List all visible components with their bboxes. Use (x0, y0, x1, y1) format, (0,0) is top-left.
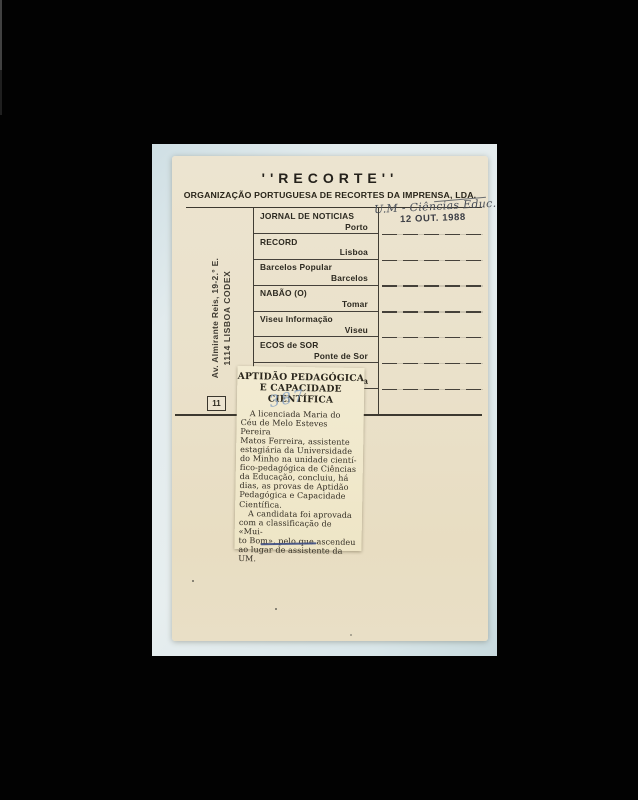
newspaper-name: ECOS de SOR (254, 340, 378, 350)
address-city: 1114 LISBOA CODEX (222, 243, 232, 393)
ruled-line-cell (378, 389, 483, 415)
scanned-photo: { "colors": { "background": "#020202", "… (0, 0, 638, 800)
table-row: Viseu Informação Viseu (254, 312, 483, 338)
table-row: NABÃO (O) Tomar (254, 286, 483, 312)
newspaper-name: Barcelos Popular (254, 262, 378, 272)
newspaper-city: Ponte de Sor (254, 351, 378, 361)
sender-address: Av. Almirante Reis, 19-2.° E. 1114 LISBO… (210, 243, 236, 393)
date-stamp: 12 OUT. 1988 (400, 212, 466, 225)
clipping-paragraph: A candidata foi aprovada com a classific… (238, 509, 358, 566)
ruled-line-cell (378, 286, 483, 312)
newspaper-cell: ECOS de SOR Ponte de Sor (254, 337, 378, 363)
dust-speck (350, 634, 352, 636)
newspaper-name: JORNAL DE NOTICIAS (254, 211, 378, 221)
scanner-edge-artifact (0, 0, 2, 70)
newspaper-city: Porto (254, 222, 378, 232)
clipping-paragraph: A licenciada Maria do Céu de Melo Esteve… (239, 409, 360, 511)
column-divider (378, 208, 379, 414)
newspaper-city: Barcelos (254, 273, 378, 283)
recorte-card: ''RECORTE'' ORGANIZAÇÃO PORTUGUESA DE RE… (172, 156, 488, 641)
ruled-line-cell (378, 337, 483, 363)
newspaper-cell: Viseu Informação Viseu (254, 312, 378, 338)
newspaper-cell: NABÃO (O) Tomar (254, 286, 378, 312)
ruled-line-cell (378, 312, 483, 338)
scan-page: ''RECORTE'' ORGANIZAÇÃO PORTUGUESA DE RE… (152, 144, 497, 656)
box-number-stamp: 11 (207, 396, 226, 411)
newspaper-city: Lisboa (254, 247, 378, 257)
newspaper-cell: JORNAL DE NOTICIAS Porto (254, 208, 378, 234)
newspaper-name: Viseu Informação (254, 314, 378, 324)
dust-speck (275, 608, 277, 610)
ruled-line-cell (378, 234, 483, 260)
newspaper-name: RECORD (254, 237, 378, 247)
newspaper-name: NABÃO (O) (254, 288, 378, 298)
table-row: ECOS de SOR Ponte de Sor (254, 337, 483, 363)
newspaper-cell: RECORD Lisboa (254, 234, 378, 260)
newspaper-cell: Barcelos Popular Barcelos (254, 260, 378, 286)
address-street: Av. Almirante Reis, 19-2.° E. (210, 243, 220, 393)
card-title: ''RECORTE'' (172, 170, 488, 186)
ruled-line-cell (378, 363, 483, 389)
ruled-line-cell (378, 260, 483, 286)
newspaper-city: Viseu (254, 325, 378, 335)
press-clipping: APTIDÃO PEDAGÓGICA E CAPACIDADE CIENTÍFI… (234, 366, 364, 551)
table-row: RECORD Lisboa (254, 234, 483, 260)
table-row: Barcelos Popular Barcelos (254, 260, 483, 286)
newspaper-city: Tomar (254, 299, 378, 309)
scanner-edge-artifact (0, 70, 2, 115)
dust-speck (192, 580, 194, 582)
card-subtitle: ORGANIZAÇÃO PORTUGUESA DE RECORTES DA IM… (172, 190, 488, 200)
